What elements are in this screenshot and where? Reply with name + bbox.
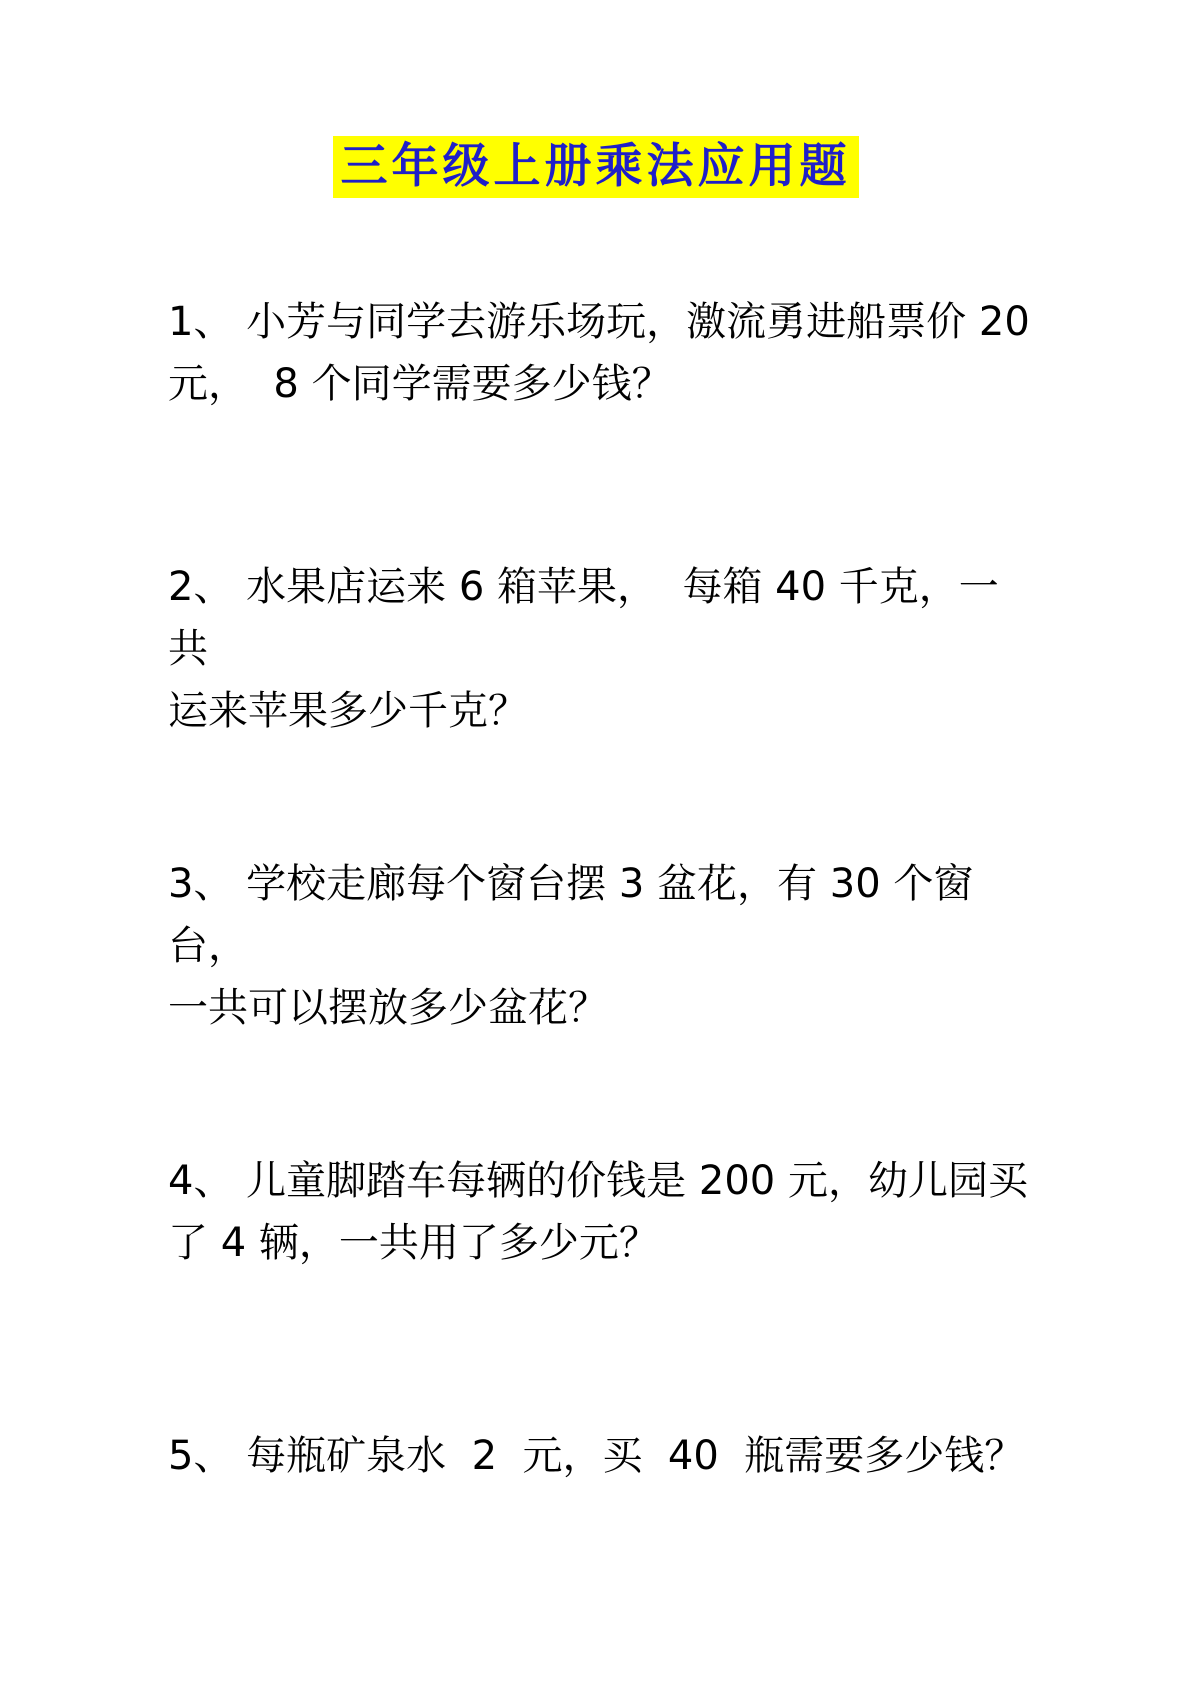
problem-line: 一共可以摆放多少盆花？ — [168, 977, 1031, 1039]
problem-item-2: 2、 水果店运来 6 箱苹果， 每箱 40 千克，一共 运来苹果多少千克？ — [168, 556, 1031, 742]
problem-line: 了 4 辆，一共用了多少元？ — [168, 1212, 1031, 1274]
problem-line: 5、 每瓶矿泉水 2 元，买 40 瓶需要多少钱？ — [168, 1425, 1031, 1487]
problem-list: 1、 小芳与同学去游乐场玩，激流勇进船票价 20 元， 8 个同学需要多少钱？ … — [0, 291, 1191, 1487]
page-title: 三年级上册乘法应用题 — [0, 136, 1191, 198]
problem-line: 元， 8 个同学需要多少钱？ — [168, 353, 1031, 415]
worksheet-page: 三年级上册乘法应用题 1、 小芳与同学去游乐场玩，激流勇进船票价 20 元， 8… — [0, 0, 1191, 1684]
problem-item-1: 1、 小芳与同学去游乐场玩，激流勇进船票价 20 元， 8 个同学需要多少钱？ — [168, 291, 1031, 415]
problem-line: 4、 儿童脚踏车每辆的价钱是 200 元，幼儿园买 — [168, 1150, 1031, 1212]
problem-item-5: 5、 每瓶矿泉水 2 元，买 40 瓶需要多少钱？ — [168, 1425, 1031, 1487]
page-title-text: 三年级上册乘法应用题 — [333, 136, 859, 198]
problem-line: 2、 水果店运来 6 箱苹果， 每箱 40 千克，一共 — [168, 556, 1031, 680]
problem-item-4: 4、 儿童脚踏车每辆的价钱是 200 元，幼儿园买 了 4 辆，一共用了多少元？ — [168, 1150, 1031, 1274]
problem-line: 1、 小芳与同学去游乐场玩，激流勇进船票价 20 — [168, 291, 1031, 353]
problem-line: 3、 学校走廊每个窗台摆 3 盆花，有 30 个窗台， — [168, 853, 1031, 977]
problem-line: 运来苹果多少千克？ — [168, 680, 1031, 742]
problem-item-3: 3、 学校走廊每个窗台摆 3 盆花，有 30 个窗台， 一共可以摆放多少盆花？ — [168, 853, 1031, 1039]
